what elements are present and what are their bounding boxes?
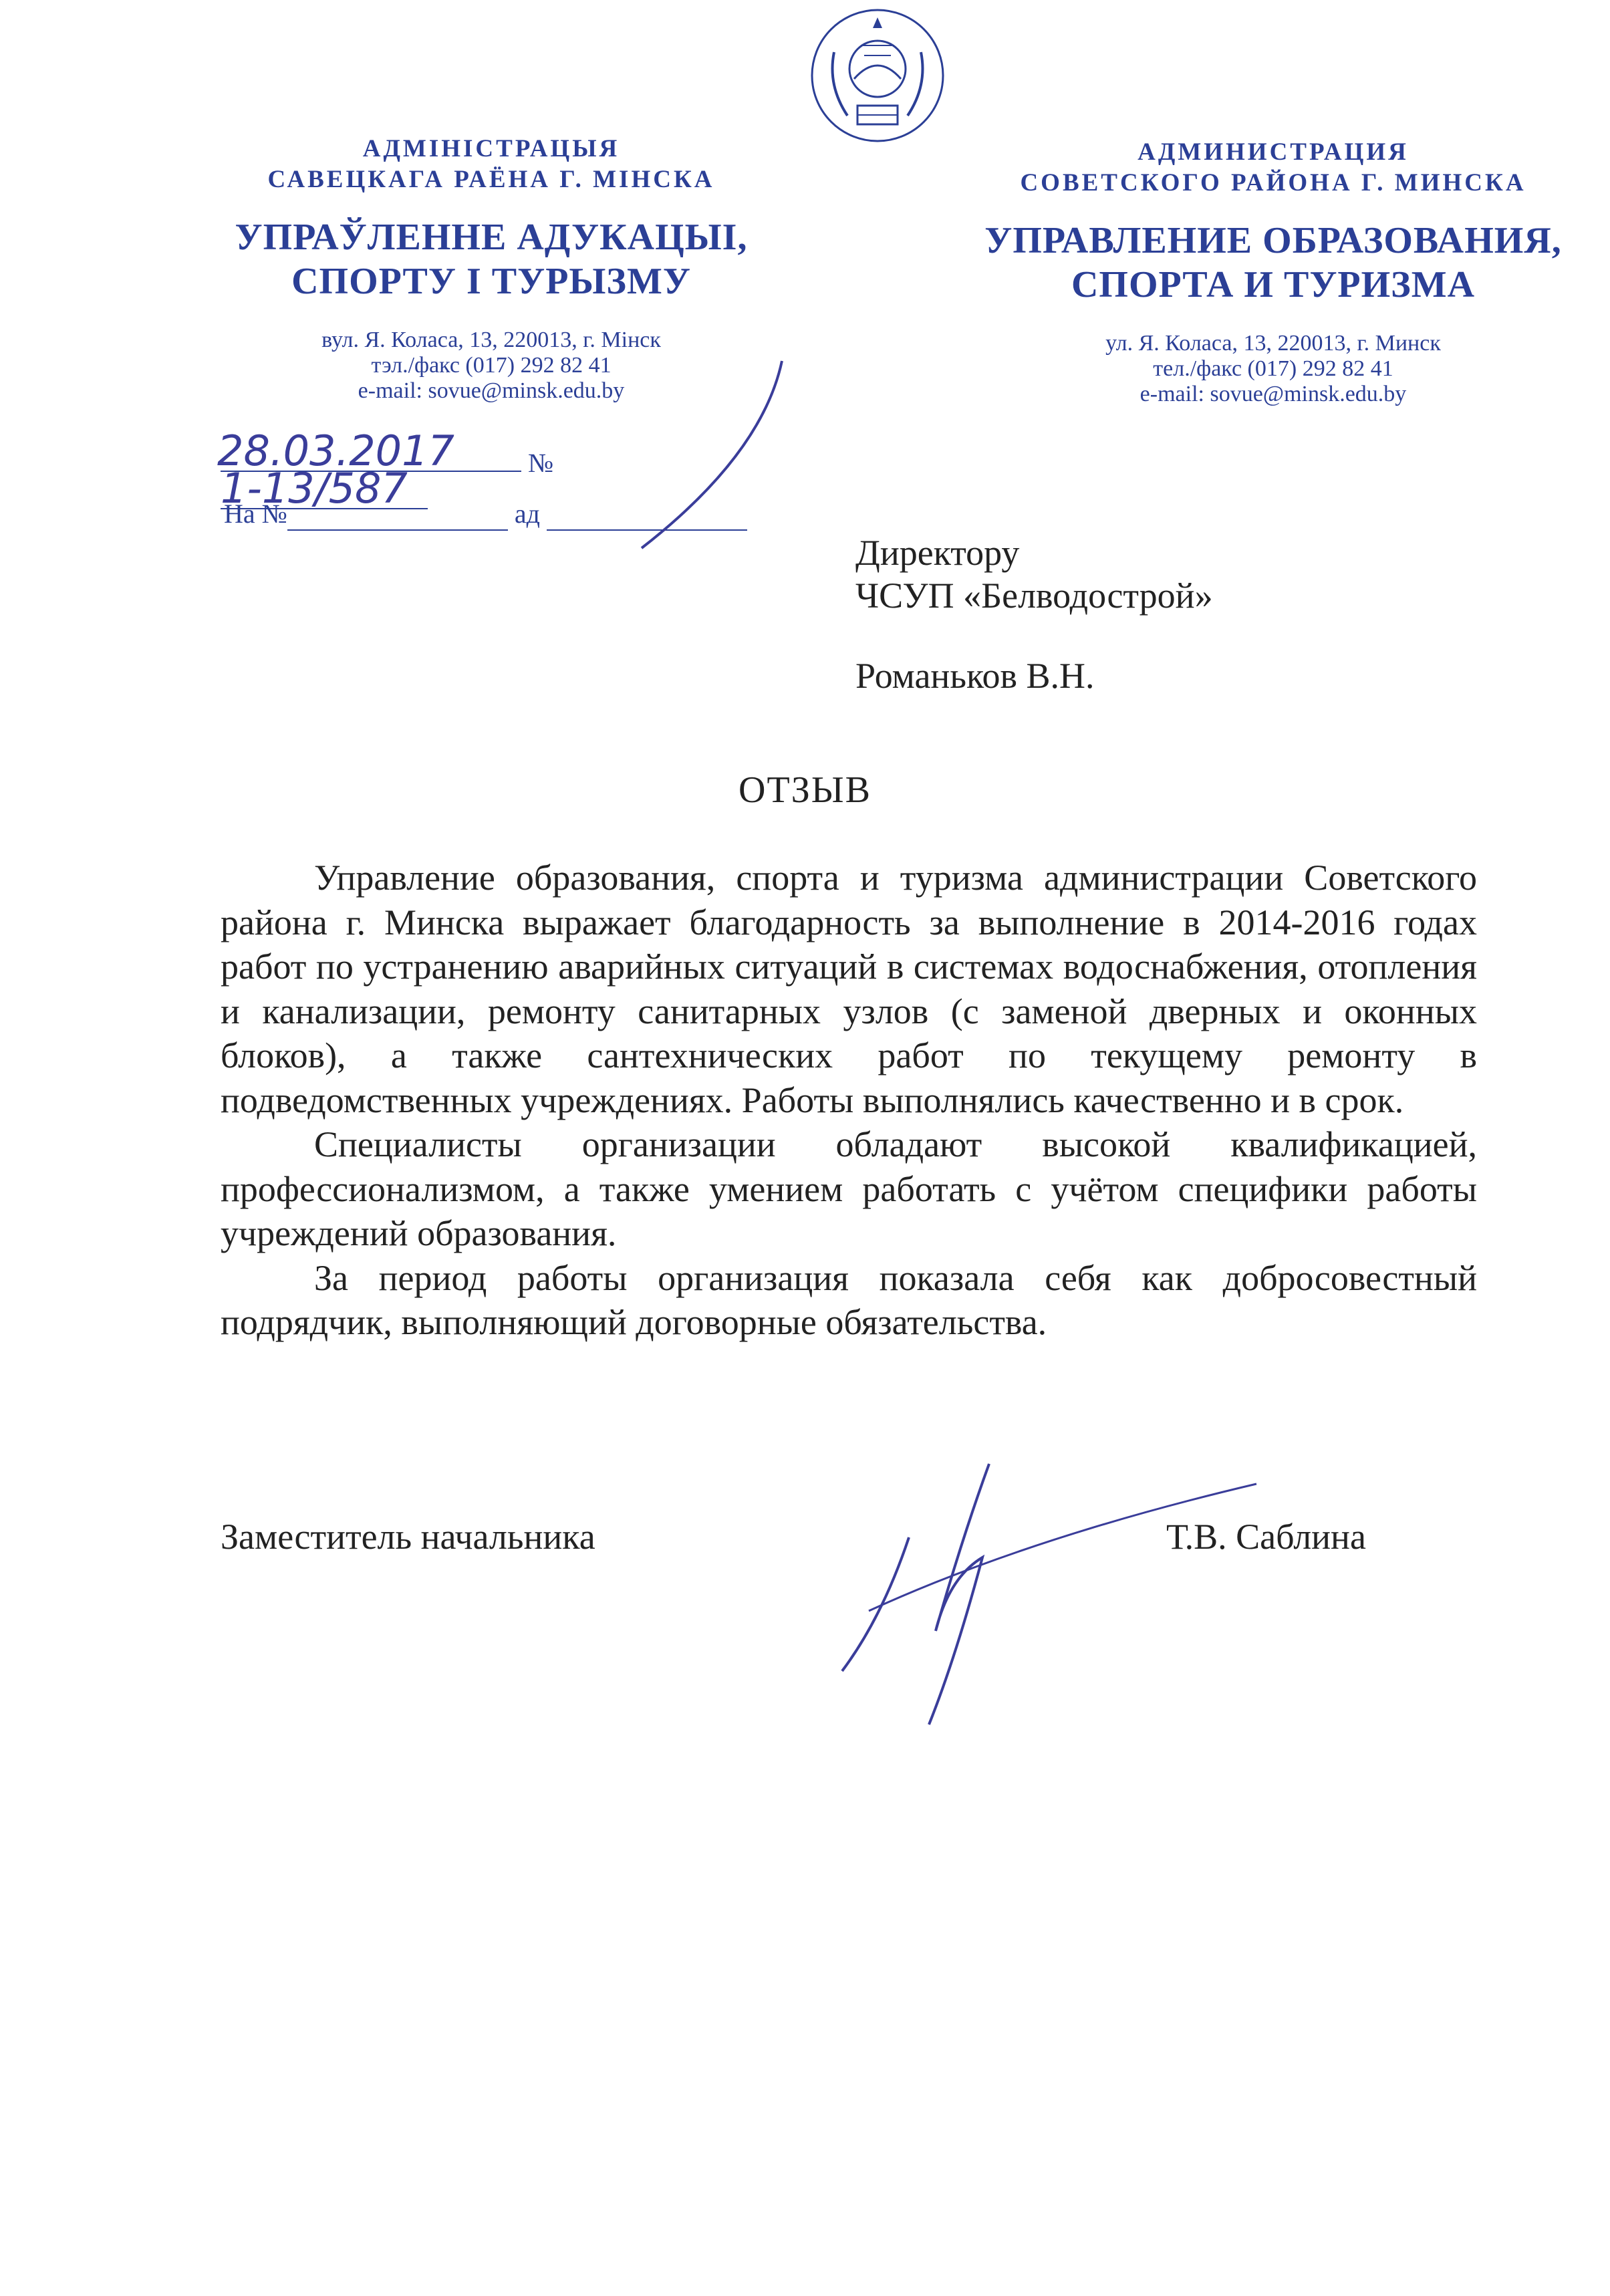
letter-body: Управление образования, спорта и туризма…	[221, 856, 1477, 1345]
recipient-organization: ЧСУП «Белводострой»	[855, 574, 1213, 617]
recipient-position: Директору	[855, 531, 1213, 574]
signatory-role: Заместитель начальника	[221, 1516, 595, 1557]
recipient-block: Директору ЧСУП «Белводострой» Романьков …	[855, 531, 1213, 697]
department-line1: УПРАЎЛЕННЕ АДУКАЦЫІ,	[157, 215, 825, 259]
state-emblem-icon	[807, 5, 948, 146]
number-label: №	[528, 448, 553, 478]
contact-block: ул. Я. Коласа, 13, 220013, г. Минск тел.…	[939, 331, 1607, 407]
incoming-number-field	[287, 498, 508, 531]
admin-name-line1: АДМИНИСТРАЦИЯ	[939, 137, 1607, 168]
address: вул. Я. Коласа, 13, 220013, г. Мінск	[157, 328, 825, 353]
department-line1: УПРАВЛЕНИЕ ОБРАЗОВАНИЯ,	[939, 219, 1607, 263]
body-paragraph: Специалисты организации обладают высокой…	[221, 1122, 1477, 1256]
admin-name-line2: САВЕЦКАГА РАЁНА Г. МІНСКА	[157, 164, 825, 195]
recipient-name: Романьков В.Н.	[855, 654, 1213, 697]
admin-name-line2: СОВЕТСКОГО РАЙОНА Г. МИНСКА	[939, 168, 1607, 199]
department-name: УПРАЎЛЕННЕ АДУКАЦЫІ, СПОРТУ І ТУРЫЗМУ	[157, 215, 825, 303]
department-line2: СПОРТА И ТУРИЗМА	[939, 263, 1607, 307]
body-paragraph: За период работы организация показала се…	[221, 1256, 1477, 1345]
handwritten-signature-icon	[829, 1457, 1263, 1738]
document-title: ОТЗЫВ	[0, 769, 1610, 811]
signatory-name: Т.В. Саблина	[1166, 1516, 1366, 1557]
letterhead-right: АДМИНИСТРАЦИЯ СОВЕТСКОГО РАЙОНА Г. МИНСК…	[939, 137, 1607, 407]
body-paragraph: Управление образования, спорта и туризма…	[221, 856, 1477, 1122]
incoming-label: На №	[224, 499, 287, 529]
from-label: ад	[515, 499, 540, 529]
address: ул. Я. Коласа, 13, 220013, г. Минск	[939, 331, 1607, 356]
pen-stroke-icon	[628, 354, 802, 555]
department-line2: СПОРТУ І ТУРЫЗМУ	[157, 259, 825, 303]
admin-name-line1: АДМІНІСТРАЦЫЯ	[157, 134, 825, 164]
department-name: УПРАВЛЕНИЕ ОБРАЗОВАНИЯ, СПОРТА И ТУРИЗМА	[939, 219, 1607, 307]
phone: тел./факс (017) 292 82 41	[939, 356, 1607, 382]
email: e-mail: sovue@minsk.edu.by	[939, 382, 1607, 407]
